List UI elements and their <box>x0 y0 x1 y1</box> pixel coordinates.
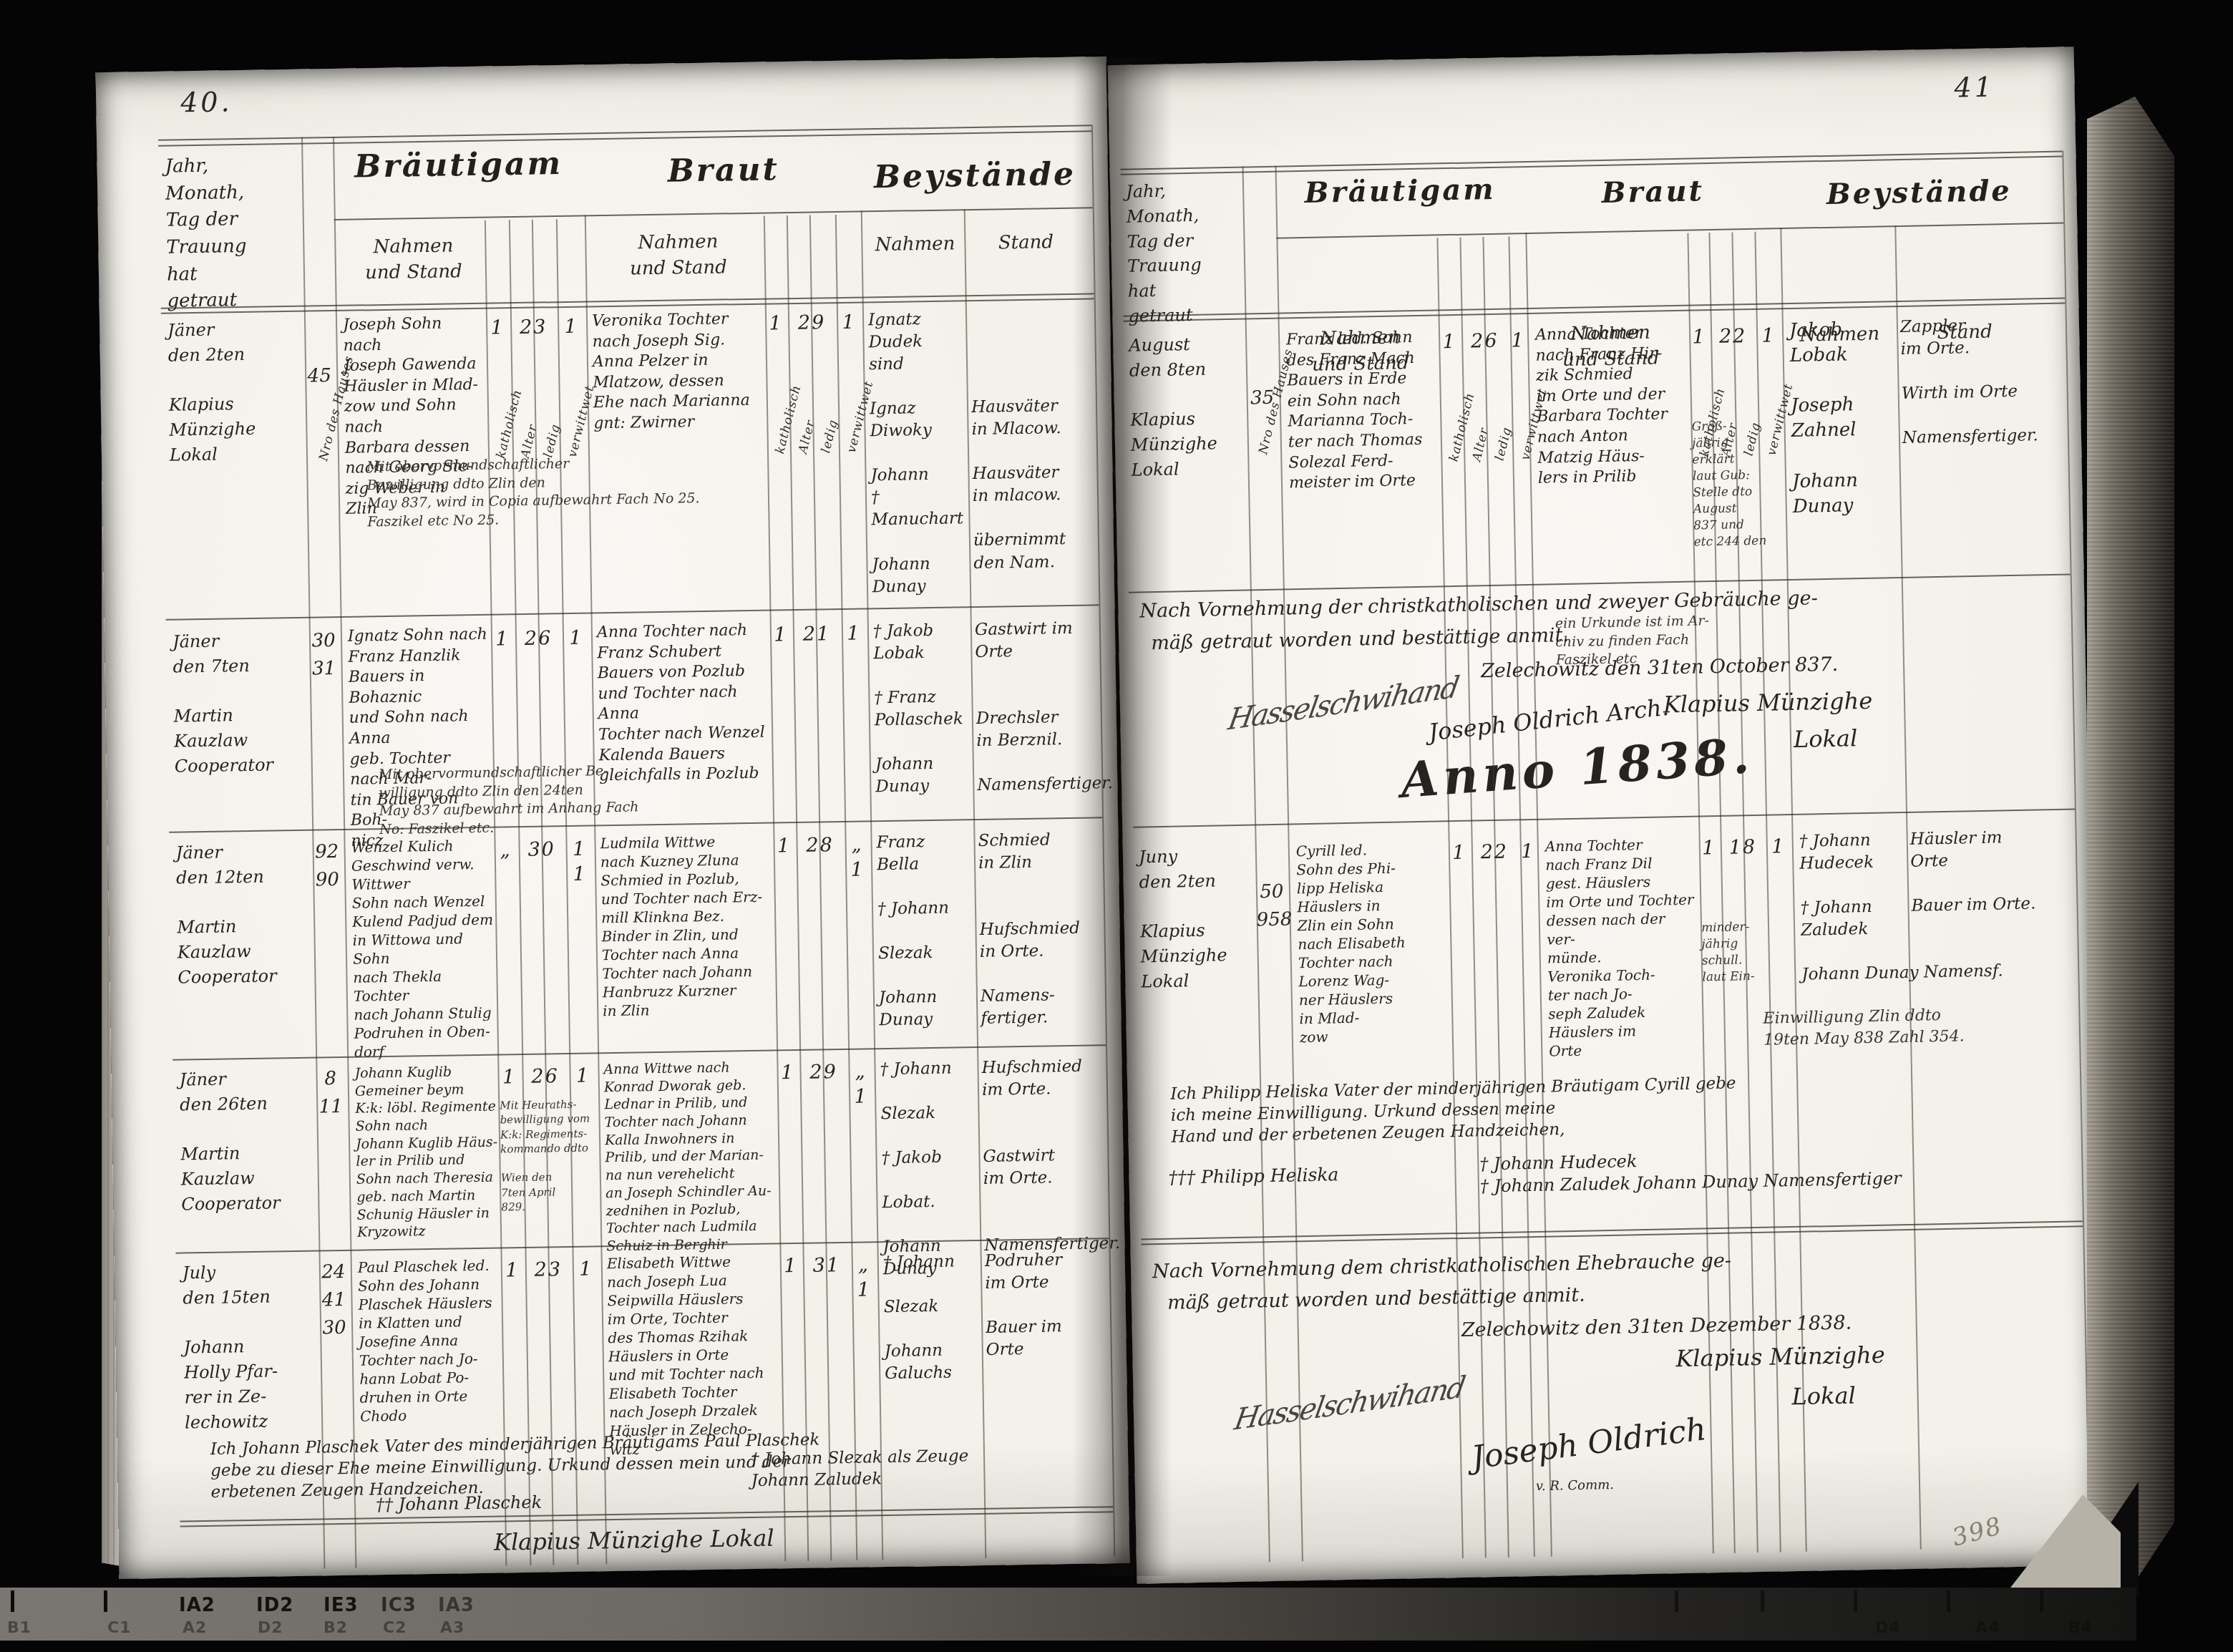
entry-house-number: 92 90 <box>311 838 343 895</box>
bride-description: Anna Wittwe nach Konrad Dworak geb. Ledn… <box>603 1059 777 1255</box>
film-frame-label: A2 <box>183 1619 207 1637</box>
groom-religion-mark: 1 <box>491 626 515 652</box>
film-tick <box>1761 1590 1764 1612</box>
bride-description: Anna Tochter nach Franz Hir- zik Schmied… <box>1535 323 1688 490</box>
groom-religion-mark: „ <box>494 837 517 863</box>
table-row: Jäner den 26ten Martin Kauzlaw Cooperato… <box>111 1049 1124 1253</box>
entry-house-number: 50 958 <box>1256 878 1288 935</box>
book-gutter-shadow <box>1072 57 1172 1576</box>
table-row: Jäner den 7ten Martin Kauzlaw Cooperator… <box>104 611 1118 835</box>
entry-date-officiant: Jäner den 7ten Martin Kauzlaw Cooperator <box>172 628 307 779</box>
film-ruler: IA2 ID2 IE3 IC3 IA3 B1 C1 A2 D2 B2 C2 A3… <box>0 1588 2136 1641</box>
grid-line <box>334 207 1093 220</box>
film-frame-label: D4 <box>1875 1619 1901 1637</box>
register-page-right: 41 Jahr, Monath, Tag der Trauung hat get… <box>1108 47 2103 1584</box>
film-frame-label: IA2 <box>179 1595 215 1616</box>
grid-line <box>1276 223 2063 239</box>
bride-status-mark: „ 1 <box>852 1252 877 1303</box>
bride-status-mark: „ 1 <box>848 1059 873 1109</box>
officiant-title: Lokal <box>1794 722 1937 754</box>
witness-names: Jakob Lobak Joseph Zahnel Johann Dunay <box>1789 316 1897 519</box>
witness-names: † Johann Slezak Johann Galuchs <box>883 1250 981 1385</box>
entry-house-number: 35 <box>1247 384 1277 413</box>
column-header-date: Jahr, Monath, Tag der Trauung hat getrau… <box>165 152 300 316</box>
column-header-witnesses: Beystände <box>867 156 1083 196</box>
certification-1837-dateline: Zelechowitz den 31ten October 837. <box>1481 649 1925 685</box>
bride-religion-mark: 1 <box>1699 835 1720 861</box>
groom-status-mark: 1 1 <box>565 836 593 887</box>
film-tick <box>1947 1590 1950 1612</box>
entry-house-number: 45 <box>303 362 336 391</box>
entry-date-officiant: Jäner den 26ten Martin Kauzlaw Cooperato… <box>179 1066 313 1218</box>
witness-names: Ignatz Dudek sind Ignaz Diwoky Johann † … <box>868 308 968 598</box>
grid-line <box>1121 151 2063 170</box>
witness-stands: Häusler im Orte Bauer im Orte. <box>1910 825 2076 918</box>
certification-1838-text: Nach Vornehmung dem christkatholischen E… <box>1152 1241 2068 1286</box>
table-row: Jäner den 2ten Klapius Münzighe Lokal 45… <box>99 300 1115 623</box>
signature-subtitle: v. R. Comm. <box>1536 1474 1722 1495</box>
groom-status-mark: 1 <box>569 1063 597 1089</box>
table-row: August den 8ten Klapius Münzighe Lokal 3… <box>1113 304 2084 591</box>
film-frame-label: A3 <box>440 1619 464 1637</box>
table-row: Juny den 2ten Klapius Münzighe Lokal 50 … <box>1122 820 2093 1082</box>
film-frame-label: B4 <box>2068 1619 2093 1637</box>
bride-status-mark: 1 <box>837 309 862 335</box>
groom-religion-mark: 1 <box>1449 840 1471 866</box>
film-frame-label: C1 <box>107 1619 131 1637</box>
table-row: Jäner den 12ten Martin Kauzlaw Cooperato… <box>107 822 1122 1061</box>
groom-description: Wenzel Kulich Geschwind verw. Wittwer So… <box>351 836 496 1061</box>
groom-description: Franz led. Sohn des Franz Mach Bauers in… <box>1286 327 1436 494</box>
entry-house-number: 30 31 <box>308 627 340 684</box>
father-consent-note: Ich Philipp Heliska Vater der minderjähr… <box>1170 1069 1973 1148</box>
witness-stands: Zappler im Orte. Wirth im Orte Namensfer… <box>1900 314 2068 450</box>
guardianship-note: Mit obervormundschaftlicher Bewilligung … <box>366 452 797 532</box>
column-header-witnesses: Beystände <box>1783 173 2056 212</box>
witness-names: Franz Bella † Johann Slezak Johann Dunay <box>876 830 975 1031</box>
entry-house-number: 24 41 30 <box>318 1258 351 1343</box>
bride-religion-mark: 1 <box>770 622 792 648</box>
column-header-bride: Braut <box>1531 173 1775 211</box>
bride-status-mark: 1 <box>842 621 867 646</box>
entry-house-number: 8 11 <box>314 1065 346 1122</box>
witness-subheader-name: Nahmen <box>868 230 962 258</box>
page-number-right: 41 <box>1954 71 1995 103</box>
film-frame-label: D2 <box>258 1619 283 1637</box>
entry-date-officiant: July den 15ten Johann Holly Pfar- rer in… <box>183 1259 318 1435</box>
groom-description: Paul Plaschek led. Sohn des Johann Plasc… <box>358 1256 502 1426</box>
book-right-cover-edge <box>2087 97 2174 1582</box>
bride-religion-mark: 1 <box>777 1060 799 1086</box>
film-tick <box>1675 1590 1678 1612</box>
folio-number: 398 <box>1949 1512 2005 1553</box>
groom-religion-mark: 1 <box>1439 329 1461 355</box>
film-frame-label: ID2 <box>256 1595 293 1616</box>
film-frame-label: B1 <box>7 1619 31 1637</box>
film-tick <box>11 1590 14 1612</box>
column-header-bride: Braut <box>590 150 856 191</box>
certification-1838-dateline: Zelechowitz den 31ten Dezember 1838. <box>1461 1308 1948 1344</box>
column-header-groom: Bräutigam <box>340 145 577 185</box>
film-frame-label: A4 <box>1975 1619 2000 1637</box>
groom-description: Johann Kuglib Gemeiner beym K:k: löbl. R… <box>354 1063 499 1242</box>
bride-description: Anna Tochter nach Franz Dil gest. Häusle… <box>1545 835 1700 1061</box>
consent-witness-marks: † Johann Hudecek † Johann Zaludek Johann… <box>1479 1144 1995 1198</box>
bride-religion-mark: 1 <box>780 1253 802 1279</box>
grid-line <box>1141 1220 2083 1240</box>
bride-religion-mark: 1 <box>1689 324 1710 350</box>
consent-father-mark: ††† Philipp Heliska <box>1168 1161 1455 1190</box>
footer-officiant-signature: Klapius Münzighe Lokal <box>341 1521 928 1560</box>
bride-religion-mark: 1 <box>773 833 795 859</box>
officiant-title: Lokal <box>1791 1379 1935 1412</box>
groom-subheader-name-stand: Nahmen und Stand <box>349 233 478 287</box>
witness-names: † Jakob Lobak † Franz Pollaschek Johann … <box>873 619 972 798</box>
bride-status-mark: „ 1 <box>845 832 870 883</box>
officiant-signature: Klapius Münzighe <box>1615 1339 1945 1375</box>
film-tick <box>104 1590 107 1612</box>
page-number-left: 40. <box>180 86 233 118</box>
film-frame-label: IC3 <box>381 1595 417 1616</box>
groom-status-mark: 1 <box>563 625 590 651</box>
groom-religion-mark: 1 <box>497 1064 521 1090</box>
column-header-groom: Bräutigam <box>1282 172 1519 210</box>
signature-joseph-oldrich: Joseph Oldrich <box>1469 1401 1773 1479</box>
bride-subheader-name-stand: Nahmen und Stand <box>599 228 757 283</box>
groom-religion-mark: 1 <box>486 315 510 341</box>
film-tick <box>1854 1590 1857 1612</box>
consent-witness-marks: † Johann Slezak als Zeuge Johann Zaludek <box>751 1444 1052 1492</box>
bride-description: Veronika Tochter nach Joseph Sig. Anna P… <box>592 309 764 434</box>
bride-description: Elisabeth Wittwe nach Joseph Lua Seipwil… <box>607 1251 780 1459</box>
bride-status-mark: 1 <box>1756 323 1781 349</box>
bride-religion-mark: 1 <box>765 311 787 336</box>
microfilm-scan: 40. Jahr, Monath, Tag der Trauung hat ge… <box>0 0 2233 1652</box>
groom-description: Cyrill led. Sohn des Phi- lipp Heliska H… <box>1296 839 1447 1046</box>
signature-scrawl: Hasselschwihand <box>1232 1364 1494 1439</box>
consent-reference-note: Einwilligung Zlin ddto 19ten May 838 Zah… <box>1763 1003 2071 1051</box>
groom-status-mark: 1 <box>573 1256 600 1282</box>
groom-religion-mark: 1 <box>501 1258 525 1283</box>
film-tick <box>2040 1590 2043 1612</box>
film-frame-label: B2 <box>323 1619 348 1637</box>
military-permission-note: Mit Heuraths- bewilligung vom K:k: Regim… <box>500 1097 599 1214</box>
entry-date-officiant: Jäner den 2ten Klapius Münzighe Lokal <box>167 316 302 468</box>
film-frame-label: IA3 <box>438 1595 475 1616</box>
register-page-left: 40. Jahr, Monath, Tag der Trauung hat ge… <box>96 57 1130 1579</box>
groom-status-mark: 1 <box>558 314 585 340</box>
film-frame-label: IE3 <box>323 1595 359 1616</box>
entry-date-officiant: Jäner den 12ten Martin Kauzlaw Cooperato… <box>175 839 310 991</box>
film-frame-label: C2 <box>383 1619 407 1637</box>
bride-status-mark: 1 <box>1766 834 1791 860</box>
witness-subheader-stand: Stand <box>968 229 1084 257</box>
bride-description: Ludmila Wittwe nach Kuzney Zluna Schmied… <box>600 832 773 1021</box>
